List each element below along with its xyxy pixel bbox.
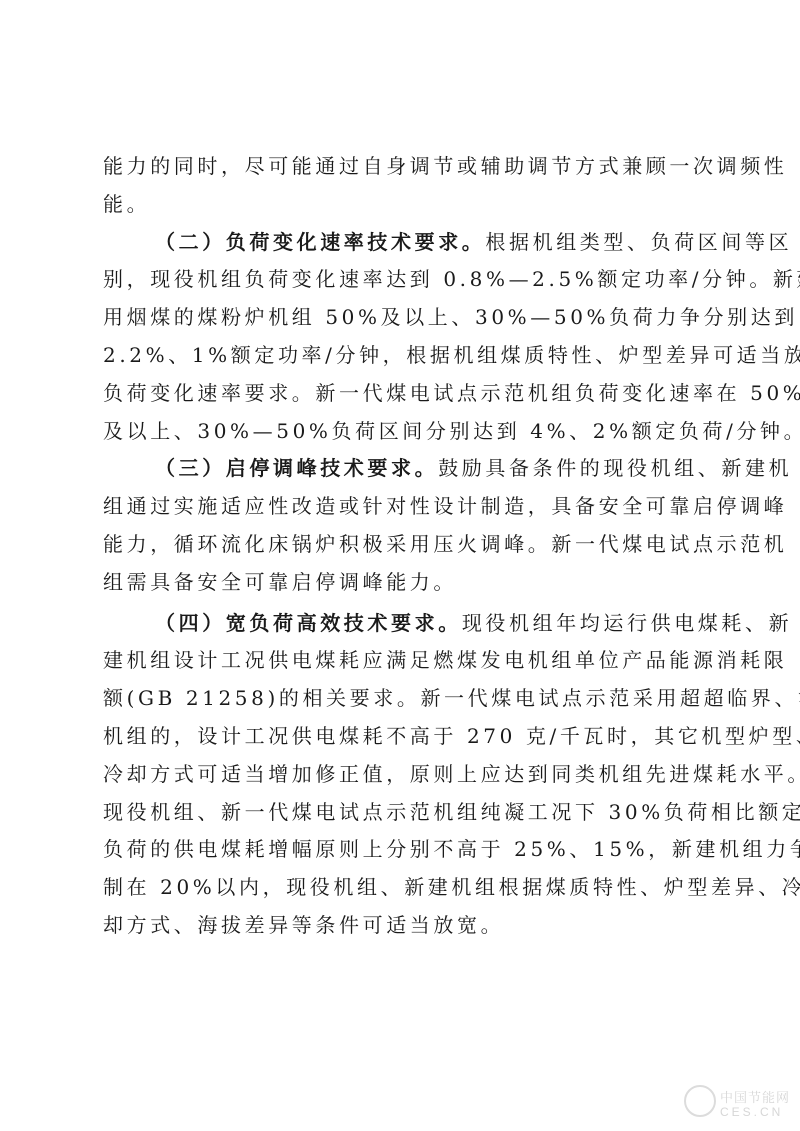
text-line: 能力，循环流化床锅炉积极采用压火调峰。新一代煤电试点示范机 (103, 526, 699, 564)
text-line: 及以上、30%—50%负荷区间分别达到 4%、2%额定负荷/分钟。 (103, 413, 699, 451)
text-line: 负荷的供电煤耗增幅原则上分别不高于 25%、15%，新建机组力争控 (103, 831, 699, 869)
text-line: 却方式、海拔差异等条件可适当放宽。 (103, 907, 699, 945)
text-span: 现役机组年均运行供电煤耗、新 (462, 611, 792, 635)
text-line: 额(GB 21258)的相关要求。新一代煤电试点示范采用超超临界、湿冷 (103, 680, 699, 718)
watermark: 中国节能网 CES.CN (684, 1083, 794, 1123)
section-heading: （二）负荷变化速率技术要求。 (155, 230, 485, 254)
section-heading: （四）宽负荷高效技术要求。 (155, 611, 462, 635)
text-line: 组通过实施适应性改造或针对性设计制造，具备安全可靠启停调峰 (103, 488, 699, 526)
text-line: 别，现役机组负荷变化速率达到 0.8%—2.5%额定功率/分钟。新建燃 (103, 261, 699, 299)
document-page: 能力的同时，尽可能通过自身调节或辅助调节方式兼顾一次调频性 能。 （二）负荷变化… (103, 148, 699, 945)
section-heading-line: （四）宽负荷高效技术要求。现役机组年均运行供电煤耗、新 (103, 605, 699, 643)
ces-logo-icon (684, 1085, 716, 1117)
text-span: 根据机组类型、负荷区间等区 (485, 230, 792, 254)
text-line: 制在 20%以内，现役机组、新建机组根据煤质特性、炉型差异、冷 (103, 869, 699, 907)
text-line: 2.2%、1%额定功率/分钟，根据机组煤质特性、炉型差异可适当放宽 (103, 337, 699, 375)
text-span: 鼓励具备条件的现役机组、新建机 (438, 456, 792, 480)
section-heading-line: （三）启停调峰技术要求。鼓励具备条件的现役机组、新建机 (103, 450, 699, 488)
text-line: 组需具备安全可靠启停调峰能力。 (103, 564, 699, 602)
text-line: 能力的同时，尽可能通过自身调节或辅助调节方式兼顾一次调频性 (103, 148, 699, 186)
watermark-en-text: CES.CN (720, 1105, 783, 1119)
section-heading: （三）启停调峰技术要求。 (155, 456, 438, 480)
text-line: 负荷变化速率要求。新一代煤电试点示范机组负荷变化速率在 50% (103, 375, 699, 413)
text-line: 机组的，设计工况供电煤耗不高于 270 克/千瓦时，其它机型炉型、 (103, 718, 699, 756)
text-line: 能。 (103, 186, 699, 224)
text-line: 建机组设计工况供电煤耗应满足燃煤发电机组单位产品能源消耗限 (103, 642, 699, 680)
text-line: 冷却方式可适当增加修正值，原则上应达到同类机组先进煤耗水平。 (103, 756, 699, 794)
text-line: 用烟煤的煤粉炉机组 50%及以上、30%—50%负荷力争分别达到 (103, 299, 699, 337)
watermark-cn-text: 中国节能网 (720, 1087, 790, 1106)
section-heading-line: （二）负荷变化速率技术要求。根据机组类型、负荷区间等区 (103, 224, 699, 262)
text-line: 现役机组、新一代煤电试点示范机组纯凝工况下 30%负荷相比额定 (103, 794, 699, 832)
